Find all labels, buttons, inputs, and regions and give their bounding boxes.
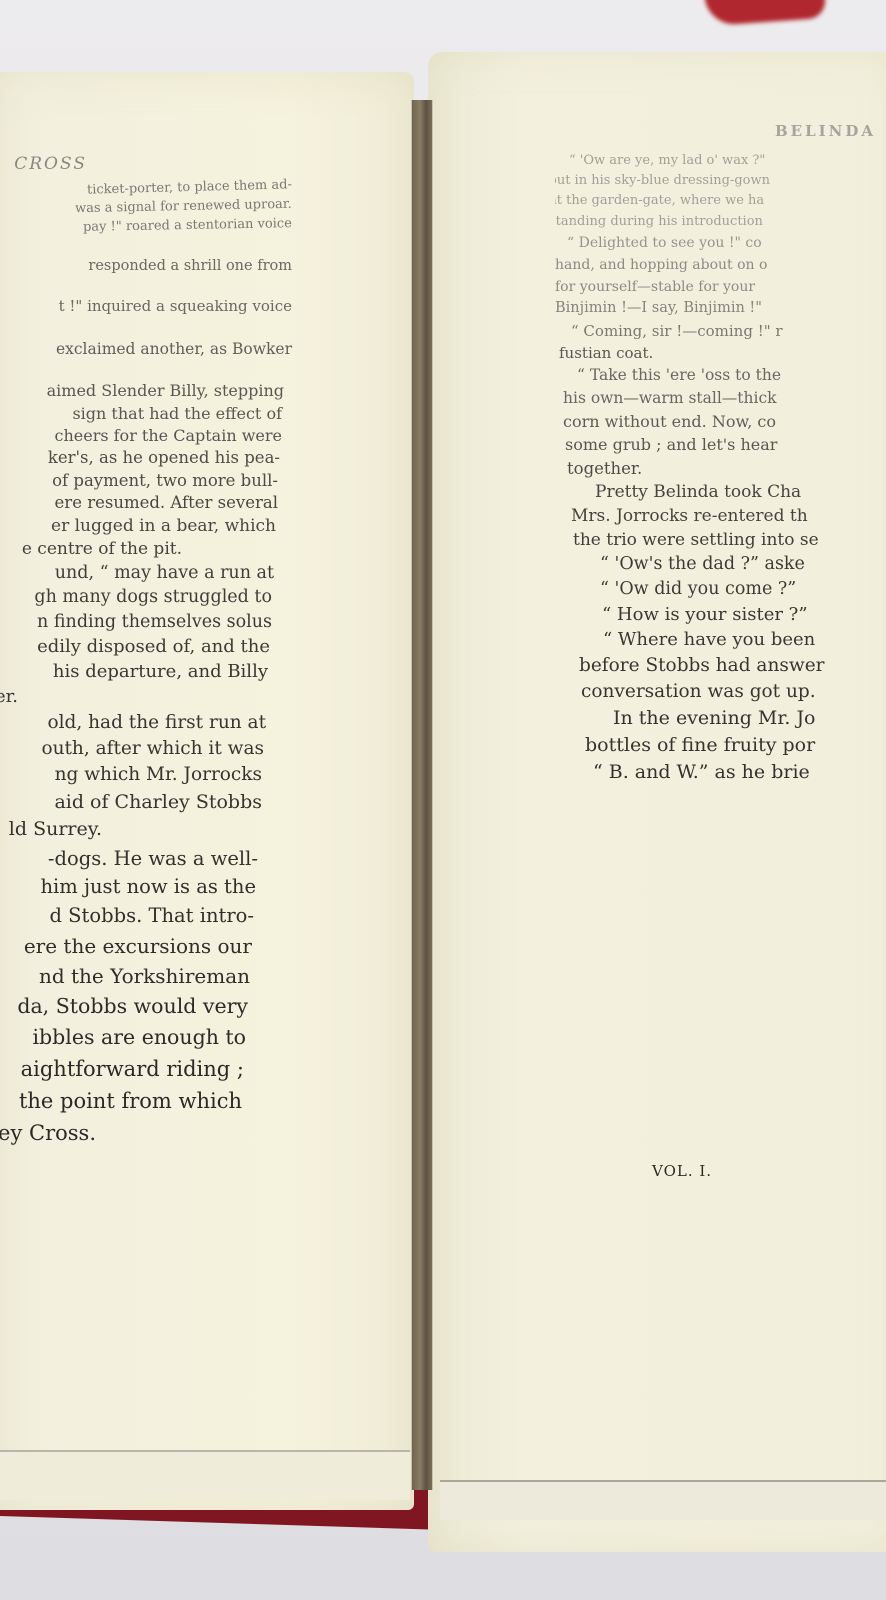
text-line: bottles of fine fruity por	[585, 734, 815, 756]
left-page-text: CROSS ticket-porter, to place them ad- w…	[0, 0, 292, 1200]
text-line: “ Where have you been	[603, 629, 815, 650]
volume-footer: VOL. I.	[652, 1162, 712, 1180]
book-spine	[411, 100, 433, 1490]
text-line: “ B. and W.” as he brie	[593, 761, 810, 783]
text-line: er lugged in a bear, which	[51, 516, 276, 536]
text-line: und, “ may have a run at	[55, 563, 274, 583]
text-line: for yourself—stable for your	[555, 279, 755, 295]
text-line: at the garden-gate, where we ha	[555, 193, 764, 208]
text-line: ker's, as he opened his pea-	[48, 448, 280, 467]
text-line: of payment, two more bull-	[52, 471, 278, 490]
text-line: er.	[0, 686, 18, 707]
text-line: ng which Mr. Jorrocks	[55, 764, 262, 785]
text-line: responded a shrill one from	[88, 258, 292, 274]
text-line: ld Surrey.	[9, 818, 102, 840]
text-line: cheers for the Captain were	[54, 426, 282, 445]
text-line: nd the Yorkshireman	[39, 964, 250, 988]
text-line: ey Cross.	[0, 1121, 96, 1145]
text-line: fustian coat.	[559, 344, 653, 362]
text-line: ere resumed. After several	[55, 493, 278, 512]
text-line: gh many dogs struggled to	[34, 587, 272, 607]
text-line: conversation was got up.	[581, 681, 816, 702]
text-line: standing during his introduction	[555, 214, 763, 229]
right-page-text: BELINDA “ 'Ow are ye, my lad o' wax ?" o…	[555, 0, 886, 1200]
text-line: -dogs. He was a well-	[48, 847, 258, 870]
text-line: ere the excursions our	[24, 934, 252, 958]
text-line: aimed Slender Billy, stepping	[47, 381, 284, 400]
text-line: In the evening Mr. Jo	[613, 707, 816, 729]
text-line: exclaimed another, as Bowker	[56, 340, 292, 358]
text-line: aightforward riding ;	[21, 1057, 244, 1081]
text-line: outh, after which it was	[41, 738, 264, 759]
text-line: some grub ; and let's hear	[565, 435, 777, 454]
text-line: “ 'Ow are ye, my lad o' wax ?"	[569, 153, 765, 168]
text-line: “ Delighted to see you !" co	[567, 235, 762, 251]
text-line: Pretty Belinda took Cha	[595, 482, 801, 502]
text-line: da, Stobbs would very	[17, 994, 248, 1018]
text-line: corn without end. Now, co	[563, 412, 776, 431]
text-line: ticket-porter, to place them ad-	[87, 177, 292, 197]
left-page-edge	[0, 1450, 410, 1500]
text-line: Binjimin !—I say, Binjimin !"	[555, 300, 762, 316]
text-line: d Stobbs. That intro-	[50, 904, 255, 927]
text-line: ibbles are enough to	[33, 1025, 247, 1049]
right-running-head: BELINDA	[775, 122, 876, 140]
text-line: him just now is as the	[40, 875, 256, 898]
text-line: together.	[567, 459, 642, 478]
text-line: aid of Charley Stobbs	[54, 791, 262, 813]
text-line: t !" inquired a squeaking voice	[59, 297, 292, 315]
text-line: was a signal for renewed uproar.	[75, 197, 292, 217]
text-line: his own—warm stall—thick	[563, 389, 777, 407]
left-running-head: CROSS	[14, 154, 87, 174]
text-line: pay !" roared a stentorian voice	[83, 216, 292, 235]
text-line: edily disposed of, and the	[37, 636, 270, 657]
text-line: e centre of the pit.	[22, 539, 182, 559]
text-line: the point from which	[19, 1089, 242, 1113]
text-line: before Stobbs had answer	[579, 655, 825, 676]
text-line: “ How is your sister ?”	[602, 604, 808, 625]
text-line: “ Coming, sir !—coming !" r	[571, 322, 783, 340]
text-line: the trio were settling into se	[573, 530, 819, 550]
text-line: “ Take this 'ere 'oss to the	[577, 366, 781, 384]
text-line: hand, and hopping about on o	[555, 257, 767, 273]
text-line: old, had the first run at	[47, 712, 266, 733]
text-line: out in his sky-blue dressing-gown	[555, 173, 770, 188]
text-line: “ 'Ow did you come ?”	[600, 579, 796, 599]
text-line: sign that had the effect of	[72, 404, 282, 423]
text-line: n finding themselves solus	[37, 612, 272, 632]
right-page-edge	[440, 1480, 886, 1520]
text-line: “ 'Ow's the dad ?” aske	[600, 554, 805, 574]
text-line: his departure, and Billy	[53, 661, 268, 682]
text-line: Mrs. Jorrocks re-entered th	[571, 506, 808, 526]
